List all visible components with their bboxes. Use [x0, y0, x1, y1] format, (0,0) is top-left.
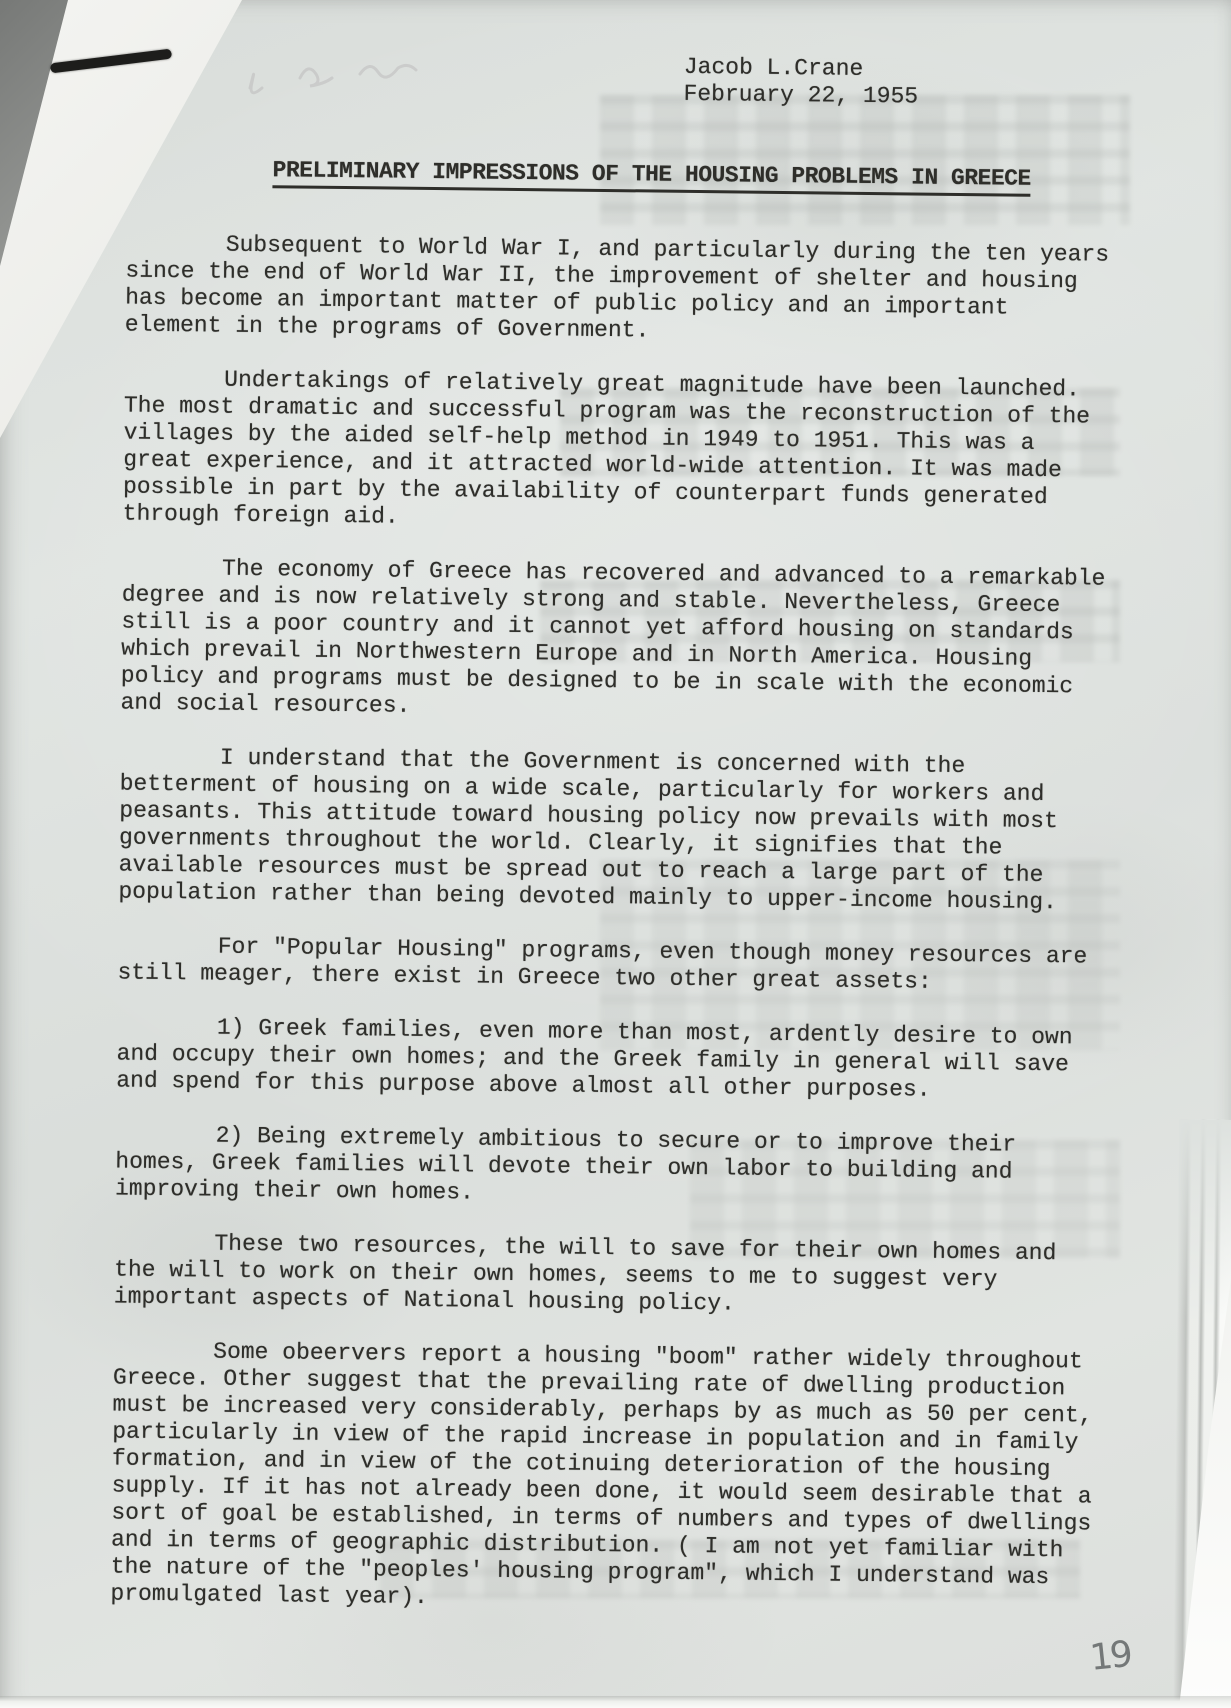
paragraph: 1) Greek families, even more than most, … [116, 1013, 1109, 1105]
paragraph: Subsequent to World War I, and particula… [125, 231, 1118, 350]
paragraph: Undertakings of relatively great magnitu… [123, 366, 1117, 539]
document-header: COPY/ Jacob L.Crane February 22, 1955 [127, 48, 1128, 167]
bottom-sheet-edge [0, 1696, 1231, 1708]
page-number-annotation: 19 [1088, 1634, 1132, 1679]
document-date: February 22, 1955 [683, 81, 918, 111]
paragraph: 2) Being extremely ambitious to secure o… [115, 1121, 1108, 1213]
author-block: Jacob L.Crane February 22, 1955 [683, 54, 918, 111]
author-name: Jacob L.Crane [684, 54, 919, 84]
typed-content: COPY/ Jacob L.Crane February 22, 1955 PR… [110, 48, 1128, 1646]
paragraph: For "Popular Housing" programs, even tho… [117, 932, 1110, 997]
document-body: Subsequent to World War I, and particula… [110, 231, 1118, 1619]
paragraph: These two resources, the will to save fo… [114, 1229, 1107, 1321]
scanned-document: COPY/ Jacob L.Crane February 22, 1955 PR… [0, 0, 1231, 1708]
paragraph: The economy of Greece has recovered and … [120, 555, 1114, 728]
paragraph: Some obeervers report a housing "boom" r… [110, 1337, 1105, 1618]
paragraph: I understand that the Government is conc… [118, 744, 1112, 917]
